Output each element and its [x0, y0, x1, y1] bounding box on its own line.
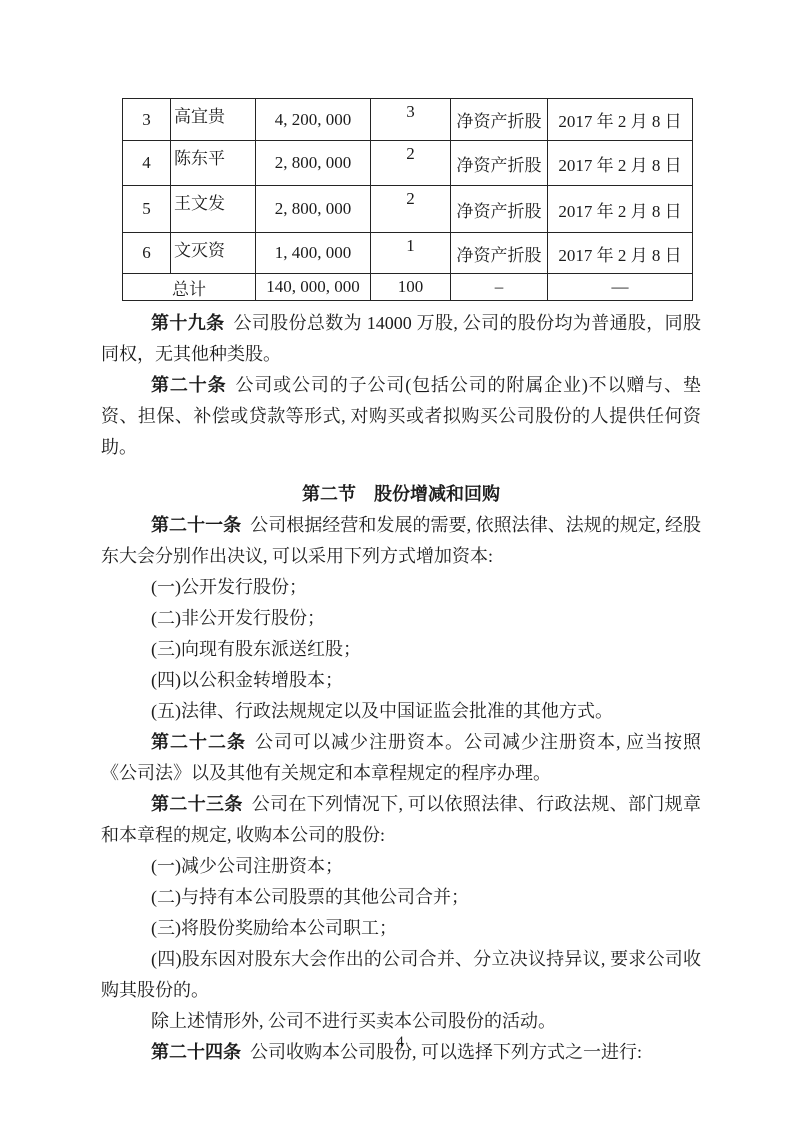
article-20-term: 第二十条: [151, 375, 226, 395]
row-number-cell: 5: [123, 186, 171, 233]
article-23-item-3: (三)将股份奖励给本公司职工；: [101, 913, 701, 944]
shareholder-name-cell: 陈东平: [171, 141, 256, 186]
total-label-cell: 总计: [123, 274, 256, 301]
section-heading: 第二节 股份增减和回购: [101, 479, 701, 510]
article-21-item-4: (四)以公积金转增股本；: [101, 665, 701, 696]
date-cell: 2017 年 2 月 8 日: [548, 186, 693, 233]
shares-cell: 1, 400, 000: [256, 233, 371, 274]
article-21-item-3: (三)向现有股东派送红股；: [101, 634, 701, 665]
article-23-item-4: (四)股东因对股东大会作出的公司合并、分立决议持异议, 要求公司收购其股份的。: [101, 944, 701, 1006]
table-row: 3 高宜贵 4, 200, 000 3 净资产折股 2017 年 2 月 8 日: [123, 99, 693, 141]
shareholder-name-cell: 高宜贵: [171, 99, 256, 141]
article-23-term: 第二十三条: [151, 794, 243, 814]
row-number-cell: 4: [123, 141, 171, 186]
percent-cell: 1: [371, 233, 451, 274]
article-21-item-1: (一)公开发行股份；: [101, 572, 701, 603]
shareholder-name-cell: 王文发: [171, 186, 256, 233]
row-number-cell: 6: [123, 233, 171, 274]
contribution-method-cell: 净资产折股: [451, 99, 548, 141]
table-row: 6 文灭资 1, 400, 000 1 净资产折股 2017 年 2 月 8 日: [123, 233, 693, 274]
shareholder-name-cell: 文灭资: [171, 233, 256, 274]
total-method-cell: –: [451, 274, 548, 301]
percent-cell: 2: [371, 141, 451, 186]
contribution-method-cell: 净资产折股: [451, 233, 548, 274]
article-21: 第二十一条公司根据经营和发展的需要, 依照法律、法规的规定, 经股东大会分别作出…: [101, 510, 701, 572]
table-row: 5 王文发 2, 800, 000 2 净资产折股 2017 年 2 月 8 日: [123, 186, 693, 233]
article-23: 第二十三条公司在下列情况下, 可以依照法律、行政法规、部门规章和本章程的规定, …: [101, 789, 701, 851]
contribution-method-cell: 净资产折股: [451, 186, 548, 233]
table-total-row: 总计 140, 000, 000 100 – —: [123, 274, 693, 301]
article-21-term: 第二十一条: [151, 515, 241, 535]
row-number-cell: 3: [123, 99, 171, 141]
shares-cell: 2, 800, 000: [256, 186, 371, 233]
date-cell: 2017 年 2 月 8 日: [548, 233, 693, 274]
document-page: 3 高宜贵 4, 200, 000 3 净资产折股 2017 年 2 月 8 日…: [0, 0, 800, 1131]
shares-cell: 4, 200, 000: [256, 99, 371, 141]
closing-paragraph: 除上述情形外, 公司不进行买卖本公司股份的活动。: [101, 1006, 701, 1037]
total-date-cell: —: [548, 274, 693, 301]
table-row: 4 陈东平 2, 800, 000 2 净资产折股 2017 年 2 月 8 日: [123, 141, 693, 186]
page-number: 4: [0, 1034, 800, 1051]
article-22: 第二十二条公司可以减少注册资本。公司减少注册资本, 应当按照《公司法》以及其他有…: [101, 727, 701, 789]
shareholders-table: 3 高宜贵 4, 200, 000 3 净资产折股 2017 年 2 月 8 日…: [122, 98, 693, 301]
article-23-item-2: (二)与持有本公司股票的其他公司合并；: [101, 882, 701, 913]
article-21-item-2: (二)非公开发行股份；: [101, 603, 701, 634]
article-21-item-5: (五)法律、行政法规规定以及中国证监会批准的其他方式。: [101, 696, 701, 727]
percent-cell: 2: [371, 186, 451, 233]
total-shares-cell: 140, 000, 000: [256, 274, 371, 301]
percent-cell: 3: [371, 99, 451, 141]
contribution-method-cell: 净资产折股: [451, 141, 548, 186]
article-20: 第二十条公司或公司的子公司(包括公司的附属企业)不以赠与、垫资、担保、补偿或贷款…: [101, 370, 701, 463]
article-19-term: 第十九条: [151, 313, 224, 333]
page-content: 3 高宜贵 4, 200, 000 3 净资产折股 2017 年 2 月 8 日…: [101, 0, 701, 1068]
shares-cell: 2, 800, 000: [256, 141, 371, 186]
article-19: 第十九条公司股份总数为 14000 万股, 公司的股份均为普通股，同股同权，无其…: [101, 308, 701, 370]
article-22-term: 第二十二条: [151, 732, 246, 752]
total-percent-cell: 100: [371, 274, 451, 301]
date-cell: 2017 年 2 月 8 日: [548, 141, 693, 186]
date-cell: 2017 年 2 月 8 日: [548, 99, 693, 141]
article-23-item-1: (一)减少公司注册资本；: [101, 851, 701, 882]
